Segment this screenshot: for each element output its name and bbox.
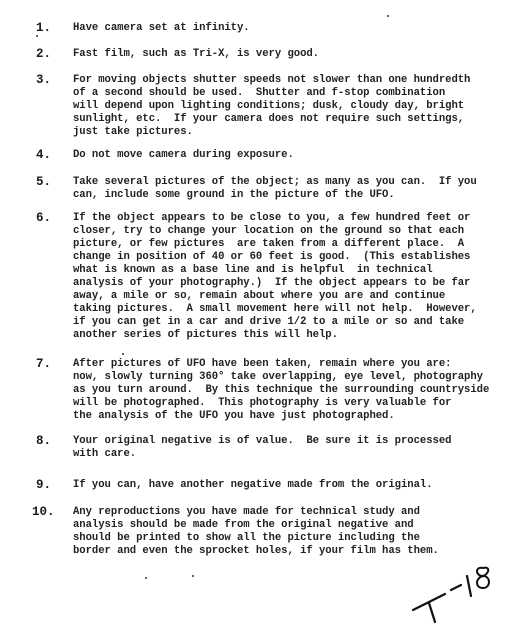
item-number: 4.: [36, 149, 56, 162]
text-line: Fast film, such as Tri-X, is very good.: [73, 48, 513, 61]
handwritten-page-label: T-18: [405, 558, 505, 628]
item-number: 2.: [36, 48, 56, 61]
text-line: analysis of your photography.) If the ob…: [73, 277, 513, 290]
document-page: 1.Have camera set at infinity.2.Fast fil…: [0, 0, 520, 637]
text-line: Do not move camera during exposure.: [73, 149, 513, 162]
item-text: If the object appears to be close to you…: [73, 212, 513, 342]
text-line: just take pictures.: [73, 126, 513, 139]
item-text: Do not move camera during exposure.: [73, 149, 513, 162]
text-line: of a second should be used. Shutter and …: [73, 87, 513, 100]
text-line: If the object appears to be close to you…: [73, 212, 513, 225]
item-text: Take several pictures of the object; as …: [73, 176, 513, 202]
scan-speck: [387, 15, 389, 17]
item-number: 5.: [36, 176, 56, 189]
text-line: the analysis of the UFO you have just ph…: [73, 410, 513, 423]
item-text: Any reproductions you have made for tech…: [73, 506, 513, 558]
text-line: After pictures of UFO have been taken, r…: [73, 358, 513, 371]
text-line: can, include some ground in the picture …: [73, 189, 513, 202]
item-text: If you can, have another negative made f…: [73, 479, 513, 492]
text-line: If you can, have another negative made f…: [73, 479, 513, 492]
scan-speck: [36, 35, 38, 37]
text-line: should be printed to show all the pictur…: [73, 532, 513, 545]
text-line: with care.: [73, 448, 513, 461]
item-text: For moving objects shutter speeds not sl…: [73, 74, 513, 139]
item-number: 10.: [32, 506, 52, 519]
text-line: now, slowly turning 360° take overlappin…: [73, 371, 513, 384]
scan-speck: [192, 575, 194, 577]
text-line: change in position of 40 or 60 feet is g…: [73, 251, 513, 264]
text-line: as you turn around. By this technique th…: [73, 384, 513, 397]
item-text: Your original negative is of value. Be s…: [73, 435, 513, 461]
text-line: will be photographed. This photography i…: [73, 397, 513, 410]
scan-speck: [122, 353, 124, 355]
item-number: 9.: [36, 479, 56, 492]
text-line: will depend upon lighting conditions; du…: [73, 100, 513, 113]
item-number: 8.: [36, 435, 56, 448]
item-number: 1.: [36, 22, 56, 35]
text-line: Have camera set at infinity.: [73, 22, 513, 35]
item-number: 7.: [36, 358, 56, 371]
item-number: 3.: [36, 74, 56, 87]
text-line: picture, or few pictures are taken from …: [73, 238, 513, 251]
text-line: Take several pictures of the object; as …: [73, 176, 513, 189]
item-text: After pictures of UFO have been taken, r…: [73, 358, 513, 423]
item-text: Fast film, such as Tri-X, is very good.: [73, 48, 513, 61]
scan-speck: [145, 577, 147, 579]
text-line: away, a mile or so, remain about where y…: [73, 290, 513, 303]
text-line: analysis should be made from the origina…: [73, 519, 513, 532]
text-line: closer, try to change your location on t…: [73, 225, 513, 238]
item-number: 6.: [36, 212, 56, 225]
text-line: Your original negative is of value. Be s…: [73, 435, 513, 448]
text-line: another series of pictures this will hel…: [73, 329, 513, 342]
text-line: border and even the sprocket holes, if y…: [73, 545, 513, 558]
text-line: if you can get in a car and drive 1/2 to…: [73, 316, 513, 329]
text-line: taking pictures. A small movement here w…: [73, 303, 513, 316]
text-line: what is known as a base line and is help…: [73, 264, 513, 277]
item-text: Have camera set at infinity.: [73, 22, 513, 35]
text-line: sunlight, etc. If your camera does not r…: [73, 113, 513, 126]
text-line: For moving objects shutter speeds not sl…: [73, 74, 513, 87]
text-line: Any reproductions you have made for tech…: [73, 506, 513, 519]
